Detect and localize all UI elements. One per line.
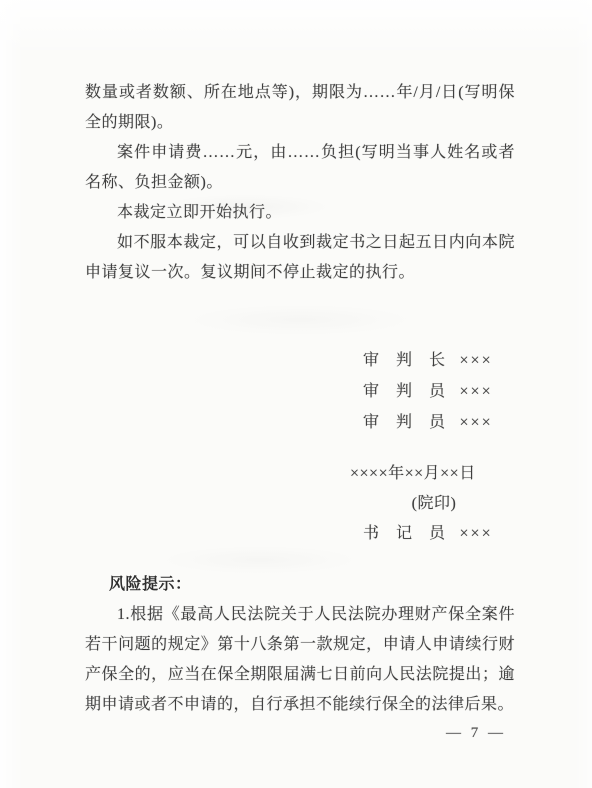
date-seal-clerk-block: ××××年××月××日 (院印) 书 记 员××× [350,459,518,549]
clerk-name-placeholder: ××× [460,525,493,542]
judges-signature-block: 审 判 长××× 审 判 员××× 审 判 员××× [363,345,493,438]
body-paragraph-execution: 本裁定立即开始执行。 [85,198,515,228]
body-paragraph-fee: 案件申请费……元，由……负担(写明当事人姓名或者名称、负担金额)。 [85,138,515,198]
judge-role: 审 判 长 [363,352,446,369]
body-paragraph-continuation: 数量或者数额、所在地点等)，期限为……年/月/日(写明保全的期限)。 [85,78,515,138]
ruling-date-placeholder: ××××年××月××日 [350,459,518,489]
judge-name-placeholder: ××× [460,352,493,369]
body-paragraph-appeal: 如不服本裁定，可以自收到裁定书之日起五日内向本院申请复议一次。复议期间不停止裁定… [85,228,515,288]
page-number: — 7 — [446,725,506,742]
document-body: 数量或者数额、所在地点等)，期限为……年/月/日(写明保全的期限)。 案件申请费… [85,78,515,288]
judge-row: 审 判 员××× [363,407,493,438]
risk-warning-section: 风险提示： 1.根据《最高人民法院关于人民法院办理财产保全案件若干问题的规定》第… [85,570,515,720]
judge-role: 审 判 员 [363,414,446,431]
judge-name-placeholder: ××× [460,414,493,431]
risk-warning-heading: 风险提示： [85,570,515,600]
judge-row: 审 判 长××× [363,345,493,376]
scanned-document-page: 数量或者数额、所在地点等)，期限为……年/月/日(写明保全的期限)。 案件申请费… [0,0,592,788]
risk-warning-paragraph: 1.根据《最高人民法院关于人民法院办理财产保全案件若干问题的规定》第十八条第一款… [85,600,515,720]
clerk-role: 书 记 员 [363,525,446,542]
court-seal-placeholder: (院印) [350,489,518,519]
judge-row: 审 判 员××× [363,376,493,407]
judge-role: 审 判 员 [363,383,446,400]
clerk-row: 书 记 员××× [350,519,518,549]
judge-name-placeholder: ××× [460,383,493,400]
